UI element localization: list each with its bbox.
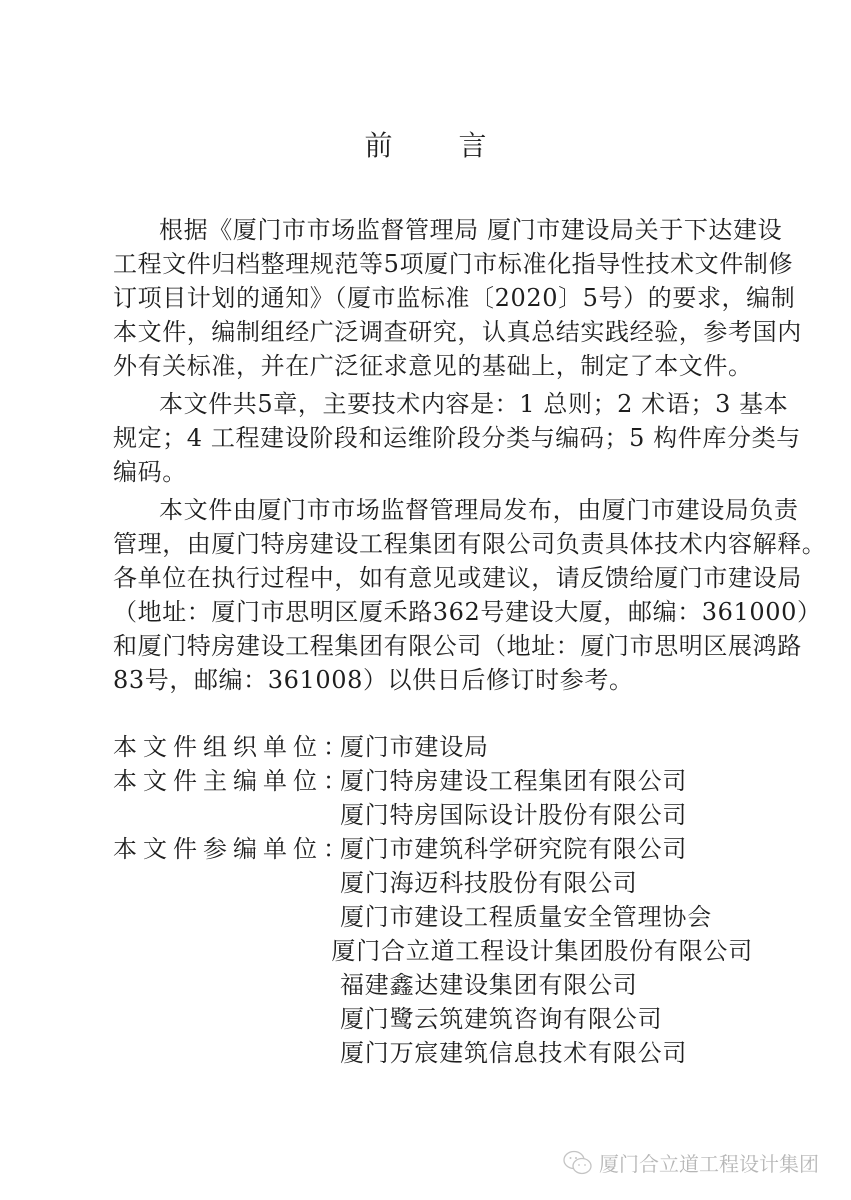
- unit-row-chief-editor: 本文件主编单位： 厦门特房建设工程集团有限公司: [113, 764, 753, 798]
- paragraph-basis: 根据《厦门市市场监督管理局 厦门市建设局关于下达建设 工程文件归档整理规范等5项…: [113, 213, 753, 383]
- unit-value: 厦门特房国际设计股份有限公司: [340, 798, 687, 832]
- title-char: 前: [364, 128, 392, 164]
- text-line: 外有关标准，并在广泛征求意见的基础上，制定了本文件。: [113, 349, 753, 383]
- text-line: 规定；4 工程建设阶段和运维阶段分类与编码；5 构件库分类与: [113, 421, 753, 455]
- unit-row-chief-editor-cont: 厦门特房国际设计股份有限公司: [113, 798, 753, 832]
- text-line: 本文件共5章，主要技术内容是：1 总则；2 术语；3 基本: [113, 387, 753, 421]
- unit-label: 本文件组织单位：: [113, 730, 340, 764]
- text-line: （地址：厦门市思明区厦禾路362号建设大厦，邮编：361000）: [113, 595, 753, 629]
- unit-value: 厦门海迈科技股份有限公司: [340, 866, 638, 900]
- unit-row-organizer: 本文件组织单位： 厦门市建设局: [113, 730, 753, 764]
- watermark-text: 厦门合立道工程设计集团: [599, 1148, 819, 1177]
- unit-row-participants-cont: 厦门市建设工程质量安全管理协会: [113, 900, 753, 934]
- text-line: 各单位在执行过程中，如有意见或建议，请反馈给厦门市建设局: [113, 561, 753, 595]
- unit-value: 厦门合立道工程设计集团股份有限公司: [331, 934, 753, 968]
- unit-value: 厦门市建设局: [340, 730, 489, 764]
- unit-row-participants-cont: 厦门鹭云筑建筑咨询有限公司: [113, 1002, 753, 1036]
- unit-row-participants-cont: 厦门万宸建筑信息技术有限公司: [113, 1036, 753, 1070]
- unit-label: 本文件参编单位：: [113, 832, 340, 866]
- text-line: 编码。: [113, 455, 753, 489]
- text-line: 和厦门特房建设工程集团有限公司（地址：厦门市思明区展鸿路: [113, 629, 753, 663]
- unit-value: 厦门市建筑科学研究院有限公司: [340, 832, 687, 866]
- unit-row-participants-cont: 福建鑫达建设集团有限公司: [113, 968, 753, 1002]
- unit-value: 厦门万宸建筑信息技术有限公司: [340, 1036, 687, 1070]
- paragraph-management: 本文件由厦门市市场监督管理局发布，由厦门市建设局负责 管理，由厦门特房建设工程集…: [113, 493, 753, 697]
- unit-value: 厦门市建设工程质量安全管理协会: [340, 900, 712, 934]
- title-char: 言: [459, 128, 487, 164]
- paragraph-contents: 本文件共5章，主要技术内容是：1 总则；2 术语；3 基本 规定；4 工程建设阶…: [113, 387, 753, 489]
- text-line: 根据《厦门市市场监督管理局 厦门市建设局关于下达建设: [113, 213, 753, 247]
- text-line: 本文件，编制组经广泛调查研究，认真总结实践经验，参考国内: [113, 315, 753, 349]
- text-line: 订项目计划的通知》（厦市监标准〔2020〕5号）的要求，编制: [113, 281, 753, 315]
- watermark: 厦门合立道工程设计集团: [563, 1148, 819, 1177]
- unit-value: 厦门鹭云筑建筑咨询有限公司: [340, 1002, 662, 1036]
- units-list: 本文件组织单位： 厦门市建设局 本文件主编单位： 厦门特房建设工程集团有限公司 …: [113, 730, 753, 1070]
- unit-row-participants-cont: 厦门海迈科技股份有限公司: [113, 866, 753, 900]
- unit-label: 本文件主编单位：: [113, 764, 340, 798]
- preface-body: 根据《厦门市市场监督管理局 厦门市建设局关于下达建设 工程文件归档整理规范等5项…: [113, 213, 753, 697]
- unit-value: 福建鑫达建设集团有限公司: [340, 968, 638, 1002]
- text-line: 本文件由厦门市市场监督管理局发布，由厦门市建设局负责: [113, 493, 753, 527]
- text-line: 83号，邮编：361008）以供日后修订时参考。: [113, 663, 753, 697]
- page-title: 前言: [0, 128, 851, 164]
- text-line: 管理，由厦门特房建设工程集团有限公司负责具体技术内容解释。: [113, 527, 753, 561]
- unit-row-participants-cont: 厦门合立道工程设计集团股份有限公司: [113, 934, 753, 968]
- text-line: 工程文件归档整理规范等5项厦门市标准化指导性技术文件制修: [113, 247, 753, 281]
- unit-row-participants: 本文件参编单位： 厦门市建筑科学研究院有限公司: [113, 832, 753, 866]
- unit-value: 厦门特房建设工程集团有限公司: [340, 764, 687, 798]
- wechat-icon: [563, 1150, 593, 1176]
